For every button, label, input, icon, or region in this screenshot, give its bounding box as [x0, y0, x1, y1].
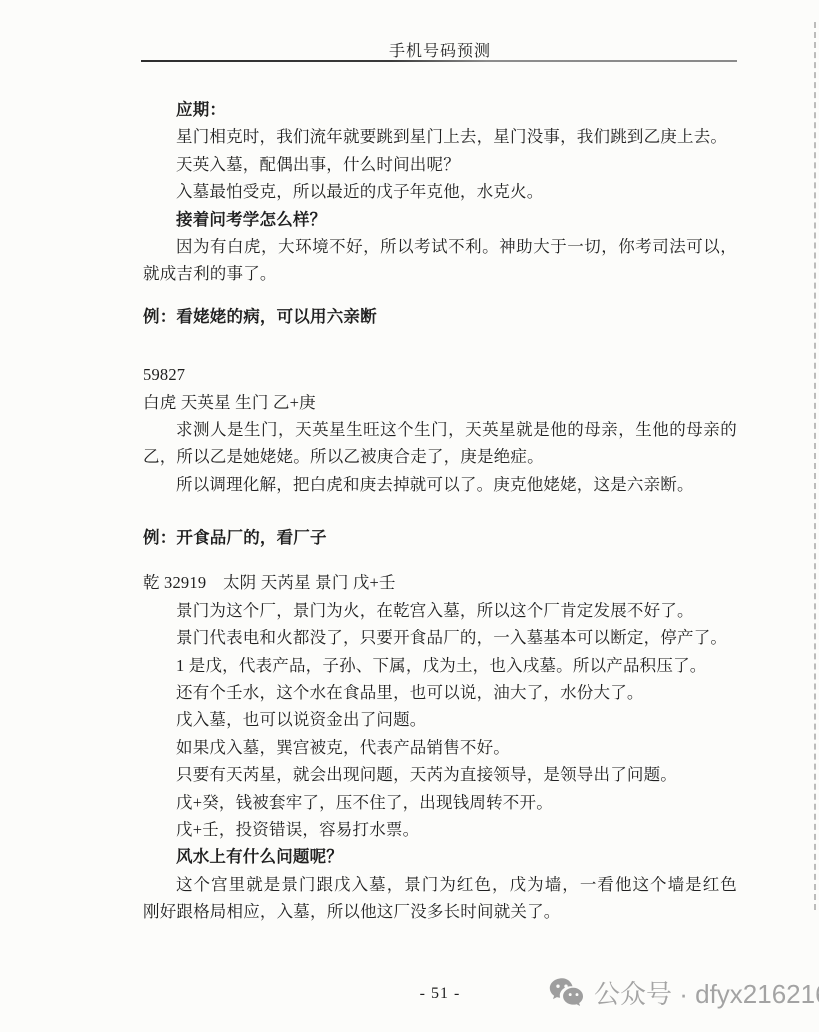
text-line: 景门为这个厂，景门为火，在乾宫入墓，所以这个厂肯定发展不好了。	[143, 597, 737, 624]
text-line: 例：看姥姥的病，可以用六亲断	[143, 303, 737, 330]
text-line: 景门代表电和火都没了，只要开食品厂的，一入墓基本可以断定，停产了。	[143, 624, 737, 651]
text-line: 入墓最怕受克，所以最近的戊子年克他，水克火。	[143, 178, 737, 205]
text-line: 1 是戊，代表产品，子孙、下属，戊为土，也入戌墓。所以产品积压了。	[143, 652, 737, 679]
text-line: 星门相克时，我们流年就要跳到星门上去，星门没事，我们跳到乙庚上去。	[143, 123, 737, 150]
text-line: 还有个壬水，这个水在食品里，也可以说，油大了，水份大了。	[143, 679, 737, 706]
header-divider	[141, 60, 737, 62]
watermark: 公众号 · dfyx216216	[549, 974, 819, 1011]
watermark-text: 公众号 · dfyx216216	[594, 974, 819, 1011]
text-line: 接着问考学怎么样？	[143, 206, 737, 233]
text-line: 戊入墓，也可以说资金出了问题。	[143, 706, 737, 733]
text-line: 风水上有什么问题呢？	[143, 843, 737, 870]
text-line: 例：开食品厂的，看厂子	[143, 524, 737, 551]
text-line: 天英入墓，配偶出事，什么时间出呢？	[143, 151, 737, 178]
text-line: 乙，所以乙是她姥姥。所以乙被庚合走了，庚是绝症。	[143, 443, 737, 470]
text-line: 所以调理化解，把白虎和庚去掉就可以了。庚克他姥姥，这是六亲断。	[143, 471, 737, 498]
wechat-icon	[549, 977, 585, 1008]
body-lines: 应期：星门相克时，我们流年就要跳到星门上去，星门没事，我们跳到乙庚上去。天英入墓…	[143, 96, 737, 926]
text-line: 白虎 天英星 生门 乙+庚	[143, 389, 737, 416]
text-line: 应期：	[143, 96, 737, 123]
text-line: 只要有天芮星，就会出现问题，天芮为直接领导，是领导出了问题。	[143, 761, 737, 788]
text-line: 如果戊入墓，巽宫被克，代表产品销售不好。	[143, 734, 737, 761]
text-line: 因为有白虎，大环境不好，所以考试不利。神助大于一切，你考司法可以，这	[143, 233, 737, 260]
text-line: 刚好跟格局相应，入墓，所以他这厂没多长时间就关了。	[143, 898, 737, 925]
text-line: 59827	[143, 361, 737, 388]
page-header-title: 手机号码预测	[143, 38, 737, 61]
text-line: 求测人是生门，天英星生旺这个生门，天英星就是他的母亲，生他的母亲的是	[143, 416, 737, 443]
text-line: 这个宫里就是景门跟戊入墓，景门为红色，戊为墙，一看他这个墙是红色的，	[143, 871, 737, 898]
text-line: 就成吉利的事了。	[143, 260, 737, 287]
scanned-book-page: 手机号码预测 应期：星门相克时，我们流年就要跳到星门上去，星门没事，我们跳到乙庚…	[0, 0, 819, 1032]
text-line: 乾 32919 太阴 天芮星 景门 戊+壬	[143, 569, 737, 596]
text-line: 戊+壬，投资错误，容易打水票。	[143, 816, 737, 843]
text-line: 戊+癸，钱被套牢了，压不住了，出现钱周转不开。	[143, 789, 737, 816]
scan-edge-artifact	[814, 22, 816, 910]
